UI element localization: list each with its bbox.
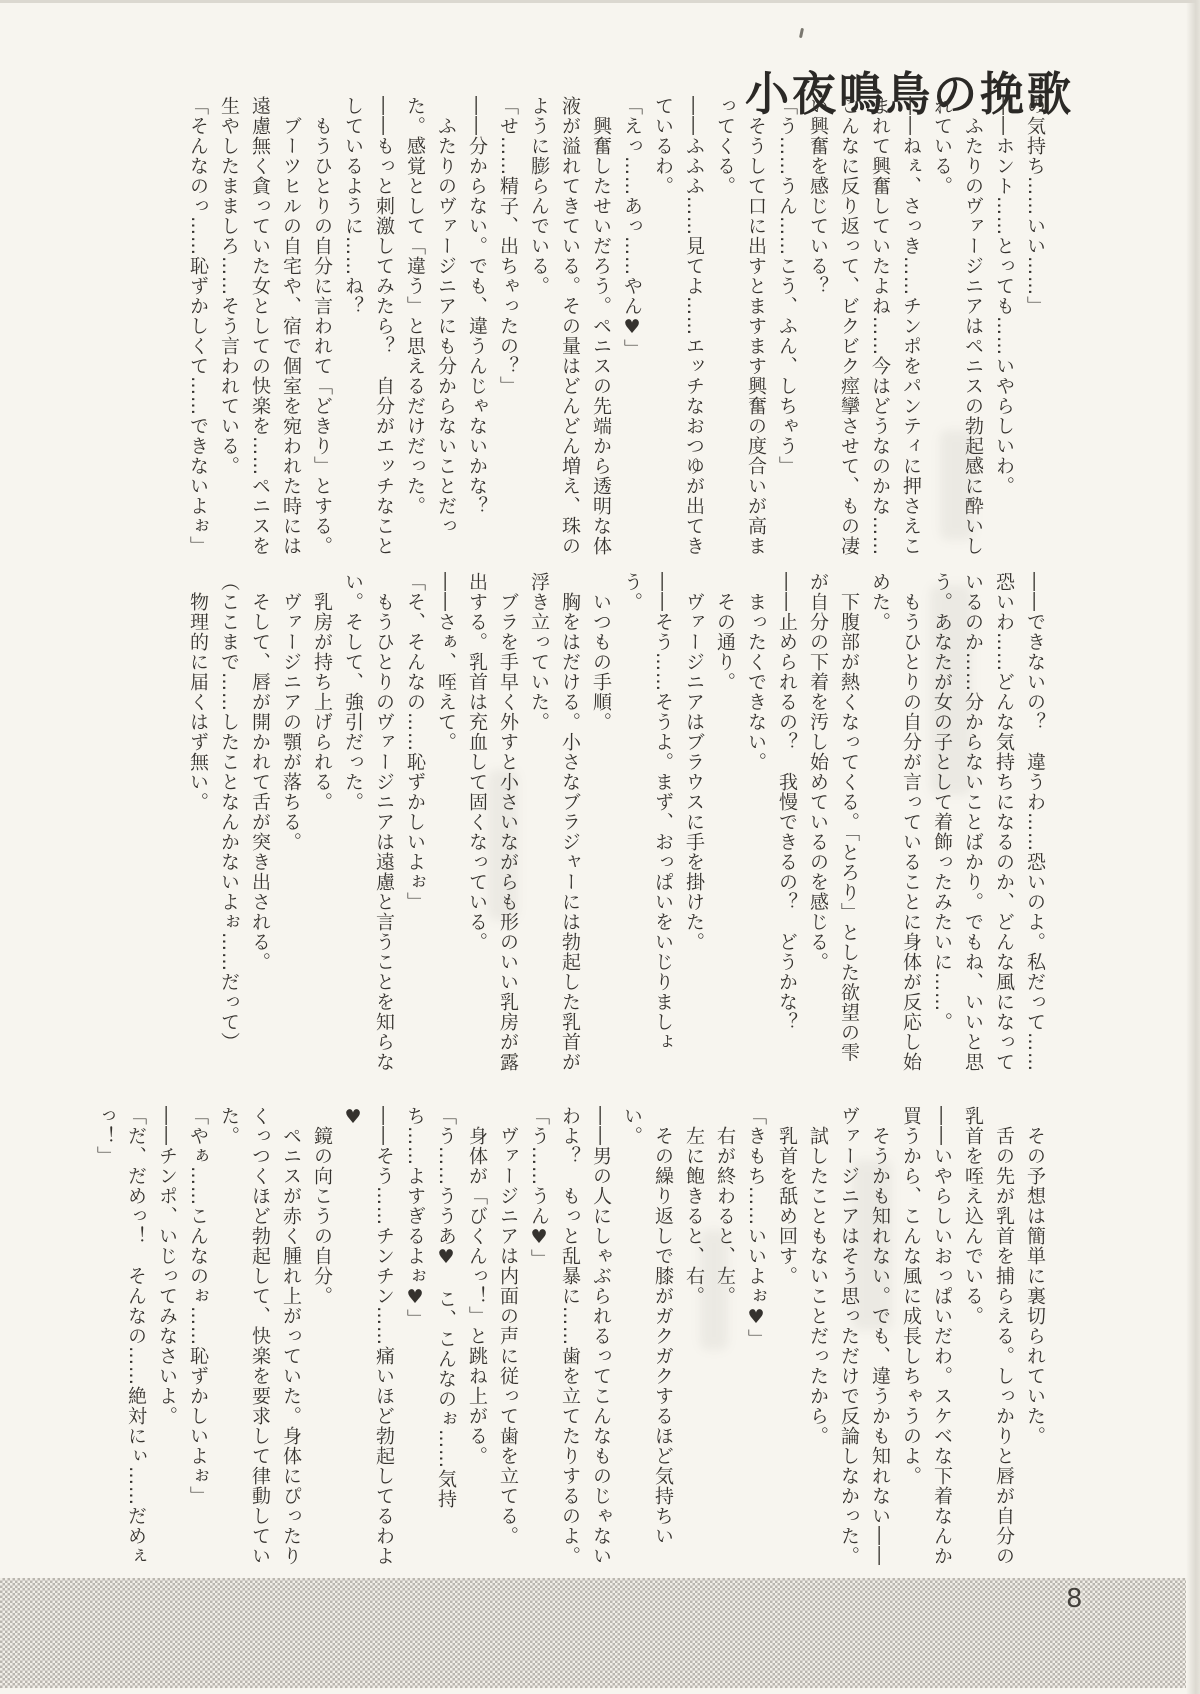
text-section-middle: ――できないの？ 違うわ……恐いのよ。私だって……恐いわ……どんな気持ちになるの… (182, 572, 1050, 1077)
scanned-page: 小夜鳴鳥の挽歌 の気持ち……いい……」 ――ホント……とっても……いやらしいわ。… (0, 0, 1200, 1694)
page-number: 8 (1066, 1584, 1083, 1614)
text-section-bottom: その予想は簡単に裏切られていた。 舌の先が乳首を捕らえる。しっかりと唇が自分の乳… (89, 1106, 1050, 1568)
scan-edge-shadow-right (1186, 0, 1200, 1694)
footer-hatch-band: 8 (0, 1578, 1186, 1688)
text-section-top: の気持ち……いい……」 ――ホント……とっても……いやらしいわ。 ふたりのヴァー… (182, 96, 1050, 566)
scan-speck (799, 28, 804, 38)
scan-edge-shadow-top (0, 0, 1200, 3)
